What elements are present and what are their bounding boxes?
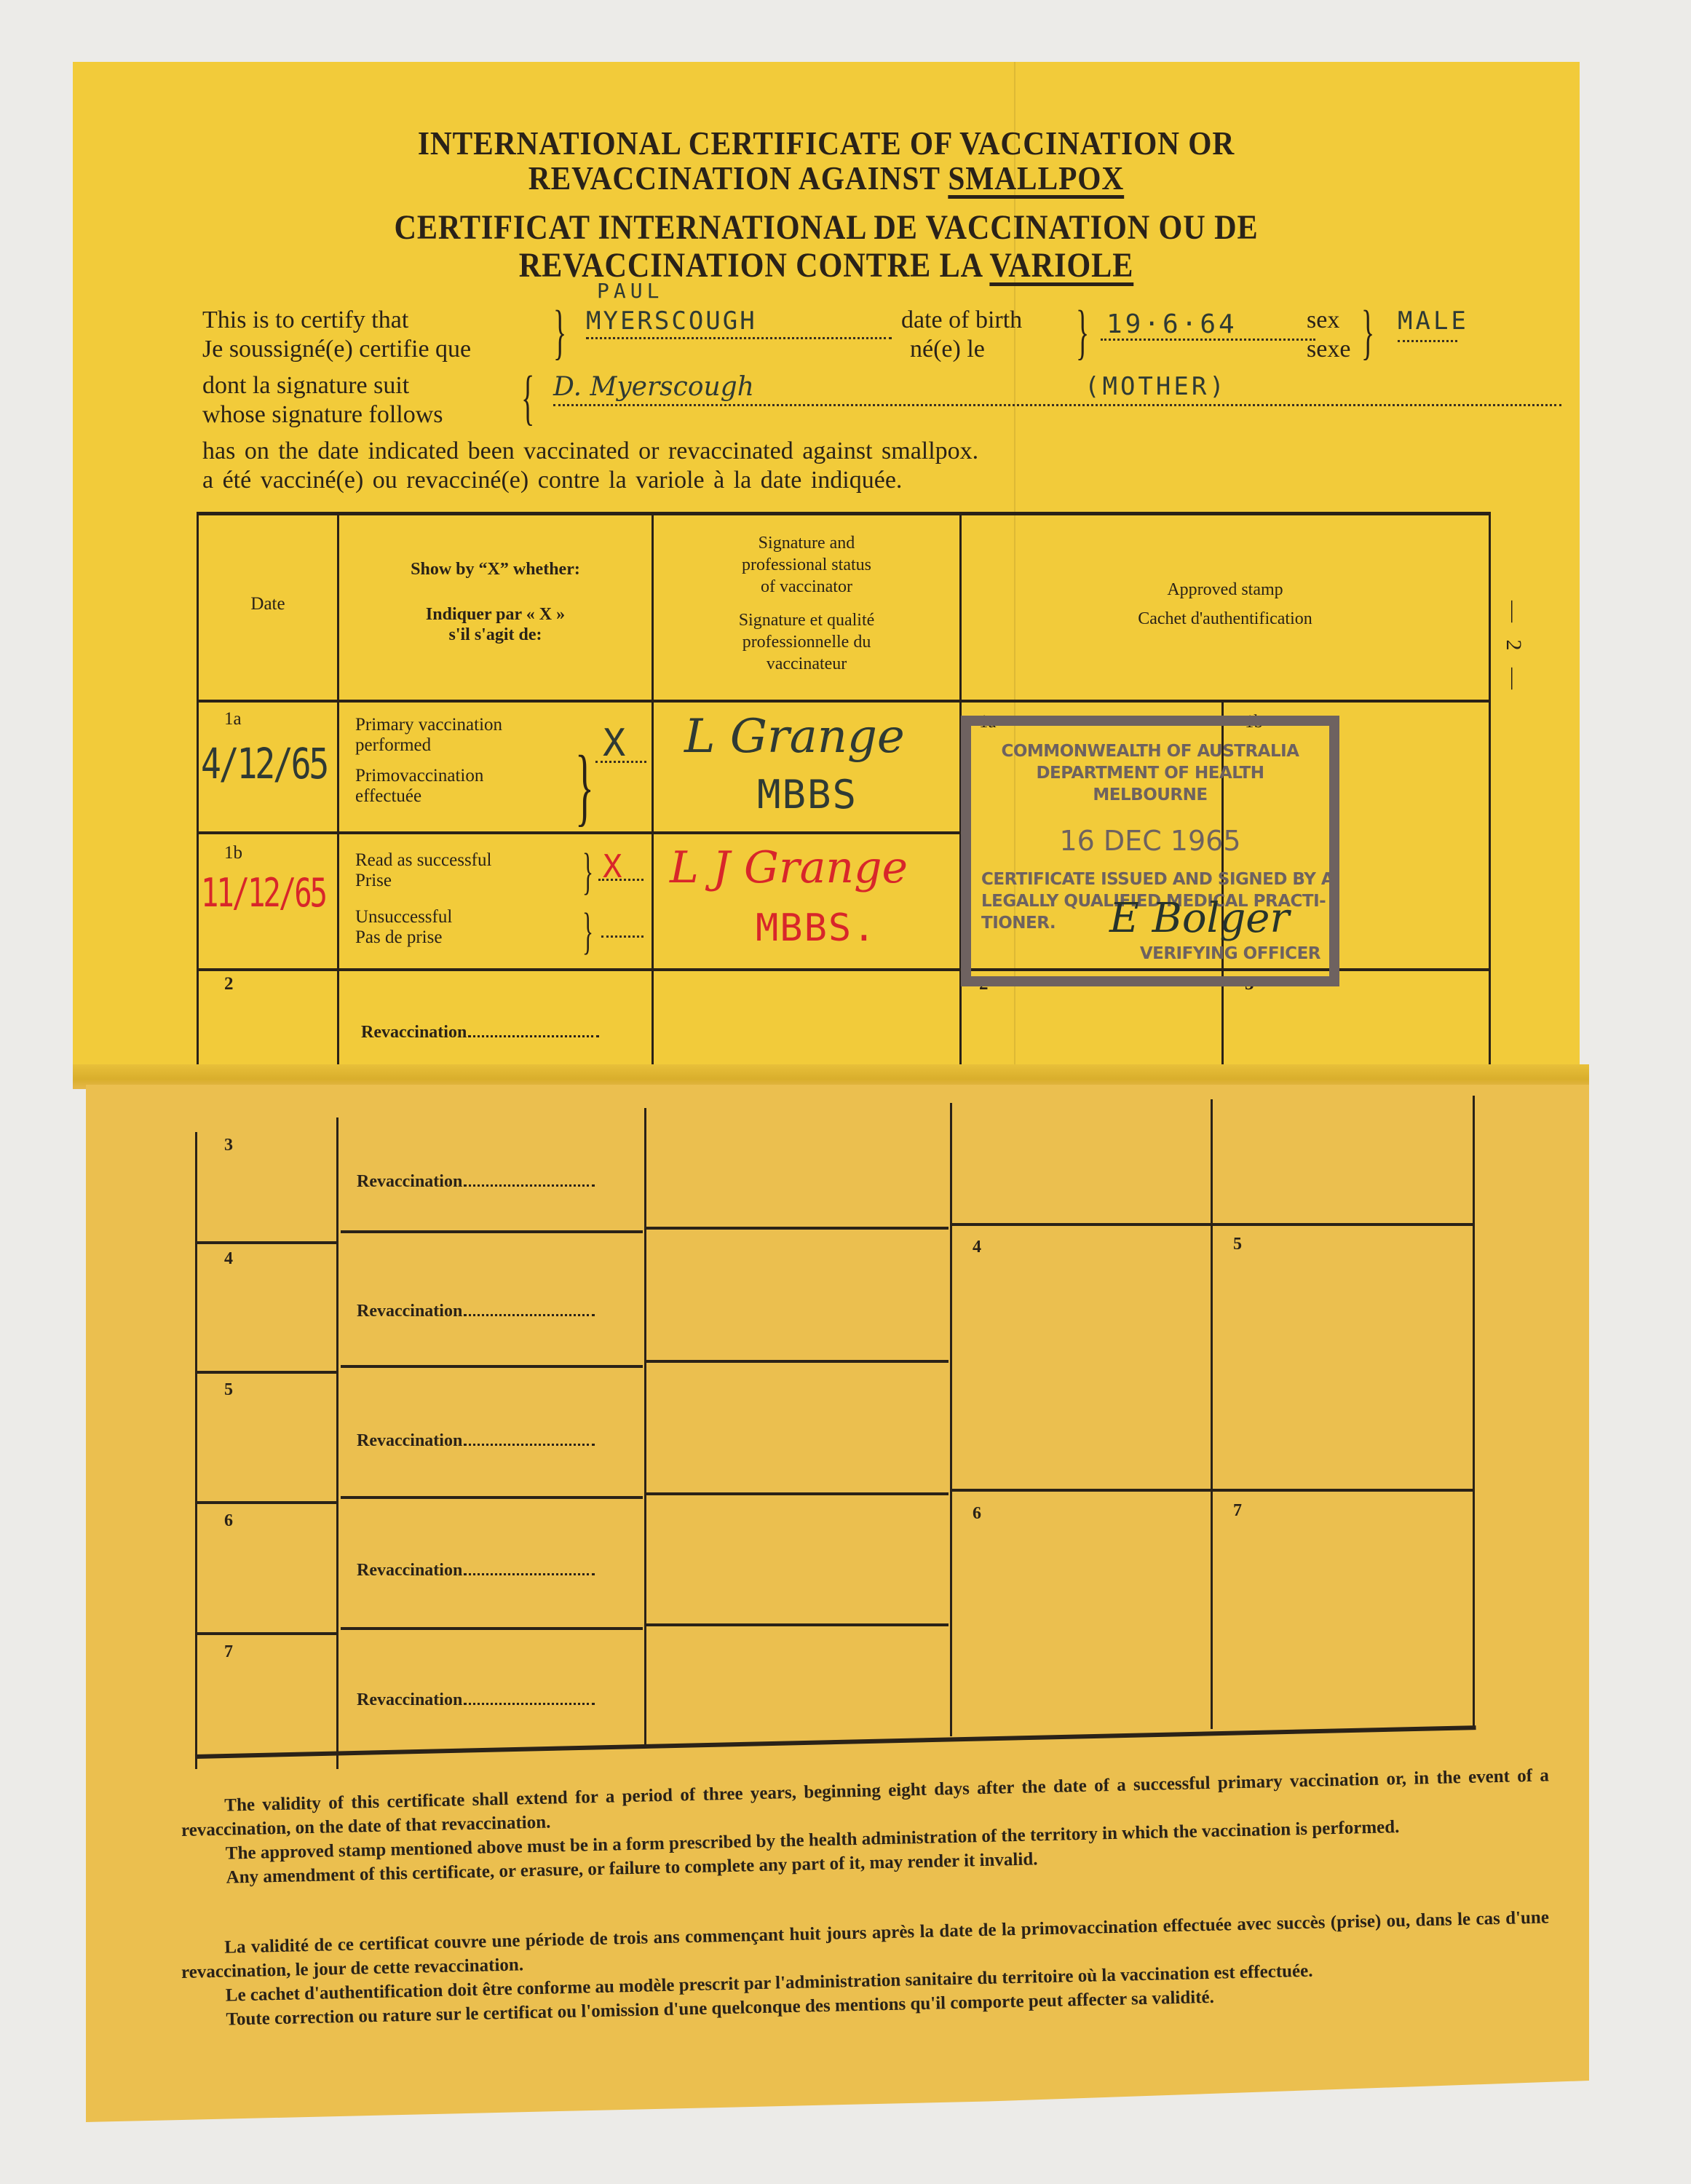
row-1b-date: 11/12/65 xyxy=(201,870,325,916)
row-1a-vaccinator-qualification: MBBS xyxy=(757,772,858,818)
lower-row-5-date-bottom xyxy=(195,1501,336,1504)
name-field-line xyxy=(586,337,892,339)
row-6-number: 6 xyxy=(224,1511,233,1531)
signature-fr-label: dont la signature suit xyxy=(202,371,409,400)
row-1b-vaccinator-qualification: MBBS. xyxy=(756,906,877,950)
row-1b-number: 1b xyxy=(224,842,242,864)
signature-en-label: whose signature follows xyxy=(202,400,443,430)
title-fr-prefix: REVACCINATION CONTRE LA xyxy=(519,246,990,285)
certify-fr-label: Je soussigné(e) certifie que xyxy=(202,335,471,364)
header-row-bottom xyxy=(197,700,1491,703)
title-fr-variole: VARIOLE xyxy=(989,246,1133,285)
header-show-fr-2: s'il s'agit de: xyxy=(339,624,652,646)
row-1a-label-en-2: performed xyxy=(355,735,431,756)
row-1b-fail-fr: Pas de prise xyxy=(355,927,442,949)
row-5-line xyxy=(464,1444,595,1446)
row-5-revaccination: Revaccination xyxy=(357,1431,595,1451)
header-stamp-fr: Cachet d'authentification xyxy=(962,608,1489,630)
guardian-relation: (MOTHER) xyxy=(1085,372,1227,401)
brace-signature: } xyxy=(521,368,534,429)
row-1a-number: 1a xyxy=(224,708,242,730)
dob-value: 19·6·64 xyxy=(1106,309,1237,339)
stamp-line-3: MELBOURNE xyxy=(971,786,1329,804)
name-last-value: MYERSCOUGH xyxy=(586,306,757,336)
header-date: Date xyxy=(199,593,337,615)
validity-notes-fr: La validité de ce certificat couvre une … xyxy=(181,1905,1551,2033)
lower-sig-line-1 xyxy=(646,1227,949,1230)
stamp-cell-6: 6 xyxy=(973,1504,981,1524)
row-1a-label-fr-2: effectuée xyxy=(355,786,421,807)
row-4-label: Revaccination xyxy=(357,1302,462,1321)
row-5-label: Revaccination xyxy=(357,1431,462,1450)
lower-col-divider-signature xyxy=(950,1103,952,1736)
stamp-cell-5: 5 xyxy=(1233,1235,1242,1254)
lower-col-divider-mark xyxy=(644,1108,646,1745)
stamp-date: 16 DEC 1965 xyxy=(971,825,1329,857)
row-1a-date: 4/12/65 xyxy=(201,739,327,788)
stamp-cell-4: 4 xyxy=(973,1238,981,1257)
dob-fr-label: né(e) le xyxy=(910,335,985,364)
page-number: — 2 — xyxy=(1501,601,1526,695)
name-first-value: PAUL xyxy=(597,279,663,303)
brace-1b-success: } xyxy=(582,847,593,898)
header-sig-fr-2: professionnelle du xyxy=(654,631,959,653)
brace-sex: } xyxy=(1361,302,1374,363)
guardian-signature: D. Myerscough xyxy=(553,372,754,402)
row-5-number: 5 xyxy=(224,1380,233,1400)
stamp-line-7: VERIFYING OFFICER xyxy=(1140,944,1320,963)
row-6-label: Revaccination xyxy=(357,1561,462,1580)
row-1a-label-fr-1: Primovaccination xyxy=(355,765,483,787)
row-1a-mark: X xyxy=(603,721,625,765)
certificate-bottom-page: 3 4 5 6 7 Revaccination Revaccination Re… xyxy=(86,1085,1589,2122)
lower-col-divider-stamp xyxy=(1211,1099,1213,1729)
sex-value: MALE xyxy=(1398,306,1469,336)
header-sig-en-1: Signature and xyxy=(654,532,959,554)
lower-row-3-date-bottom xyxy=(195,1241,336,1244)
official-stamp: COMMONWEALTH OF AUSTRALIA DEPARTMENT OF … xyxy=(961,716,1339,986)
certify-en-label: This is to certify that xyxy=(202,306,408,335)
title-en-smallpox: SMALLPOX xyxy=(948,159,1124,197)
sex-en-label: sex xyxy=(1307,306,1339,335)
lower-row-6-date-bottom xyxy=(195,1632,336,1635)
row-7-number: 7 xyxy=(224,1642,233,1662)
row-1b-vaccinator-signature: L J Grange xyxy=(670,842,908,893)
row-3-label: Revaccination xyxy=(357,1172,462,1191)
row-3-line xyxy=(464,1184,595,1187)
lower-row-4-date-bottom xyxy=(195,1371,336,1374)
lower-row-5-mark-bottom xyxy=(341,1496,643,1499)
title-fr-line1: CERTIFICAT INTERNATIONAL DE VACCINATION … xyxy=(163,207,1489,248)
title-en-prefix: REVACCINATION AGAINST xyxy=(528,159,949,197)
col-divider-mark xyxy=(652,512,654,1087)
row-1a-bottom-sig xyxy=(652,831,961,834)
lower-sig-line-2 xyxy=(646,1360,949,1363)
row-7-line xyxy=(464,1703,595,1705)
title-en-line1: INTERNATIONAL CERTIFICATE OF VACCINATION… xyxy=(148,124,1505,162)
row-3-revaccination: Revaccination xyxy=(357,1172,595,1192)
brace-1a: } xyxy=(575,743,594,830)
header-stamp-en: Approved stamp xyxy=(962,579,1489,601)
brace-name: } xyxy=(553,302,566,363)
brace-dob: } xyxy=(1076,302,1089,363)
title-fr-line2: REVACCINATION CONTRE LA VARIOLE xyxy=(163,245,1489,285)
row-2-number: 2 xyxy=(224,973,234,995)
lower-row-6-mark-bottom xyxy=(341,1627,643,1630)
validity-notes-en: The validity of this certificate shall e… xyxy=(181,1763,1551,1891)
header-show-en: Show by “X” whether: xyxy=(339,558,652,580)
dob-field-line xyxy=(1101,339,1315,341)
header-sig-fr-1: Signature et qualité xyxy=(654,609,959,631)
row-1b-success-line xyxy=(598,879,643,881)
row-1a-mark-line xyxy=(595,761,646,763)
row-1b-success-en: Read as successful xyxy=(355,850,491,871)
row-1b-fail-en: Unsuccessful xyxy=(355,906,452,928)
stamp-line-2: DEPARTMENT OF HEALTH xyxy=(971,764,1329,783)
sex-fr-label: sexe xyxy=(1307,335,1350,364)
brace-1b-fail: } xyxy=(582,906,593,957)
row-1b-fail-line xyxy=(601,935,643,938)
row-1a-vaccinator-signature: L Grange xyxy=(684,710,905,764)
col-divider-date xyxy=(337,512,339,1087)
table-top-border xyxy=(197,512,1491,515)
row-2-label: Revaccination xyxy=(361,1023,467,1042)
row-1b-success-fr: Prise xyxy=(355,870,392,892)
header-show-fr-1: Indiquer par « X » xyxy=(339,604,652,625)
row-4-number: 4 xyxy=(224,1249,233,1269)
header-sig-en-3: of vaccinator xyxy=(654,576,959,598)
lower-stamp-line-1 xyxy=(952,1223,1473,1226)
lower-table-left-border xyxy=(195,1132,197,1769)
statement-en: has on the date indicated been vaccinate… xyxy=(202,437,978,466)
lower-table-bottom-border xyxy=(195,1725,1476,1759)
lower-col-divider-date xyxy=(336,1117,338,1769)
row-2-line xyxy=(468,1035,599,1037)
lower-table-right-border xyxy=(1473,1096,1475,1729)
stamp-line-4: CERTIFICATE ISSUED AND SIGNED BY A xyxy=(981,870,1339,889)
row-6-line xyxy=(464,1573,595,1575)
lower-row-3-mark-bottom xyxy=(341,1230,643,1233)
header-sig-en-2: professional status xyxy=(654,554,959,576)
statement-fr: a été vacciné(e) ou revacciné(e) contre … xyxy=(202,466,902,495)
header-sig-fr-3: vaccinateur xyxy=(654,653,959,675)
verifying-officer-signature: E Bolger xyxy=(1109,895,1289,942)
lower-sig-line-3 xyxy=(646,1492,949,1495)
lower-stamp-line-2 xyxy=(952,1489,1473,1492)
dob-en-label: date of birth xyxy=(901,306,1022,335)
certificate-top-page: INTERNATIONAL CERTIFICATE OF VACCINATION… xyxy=(73,62,1580,1085)
row-3-number: 3 xyxy=(224,1136,233,1155)
signature-field-line xyxy=(553,404,1561,406)
stamp-cell-7: 7 xyxy=(1233,1501,1242,1521)
stamp-line-1: COMMONWEALTH OF AUSTRALIA xyxy=(971,742,1329,761)
row-1a-label-en-1: Primary vaccination xyxy=(355,714,502,736)
lower-sig-line-4 xyxy=(646,1623,949,1626)
row-7-label: Revaccination xyxy=(357,1690,462,1709)
row-6-revaccination: Revaccination xyxy=(357,1561,595,1580)
table-right-border xyxy=(1489,512,1491,1087)
row-4-line xyxy=(464,1314,595,1316)
row-4-revaccination: Revaccination xyxy=(357,1302,595,1321)
row-7-revaccination: Revaccination xyxy=(357,1690,595,1710)
title-en-line2: REVACCINATION AGAINST SMALLPOX xyxy=(148,159,1505,197)
row-2-revaccination: Revaccination xyxy=(361,1023,599,1042)
sex-field-line xyxy=(1398,340,1457,342)
lower-row-4-mark-bottom xyxy=(341,1365,643,1368)
